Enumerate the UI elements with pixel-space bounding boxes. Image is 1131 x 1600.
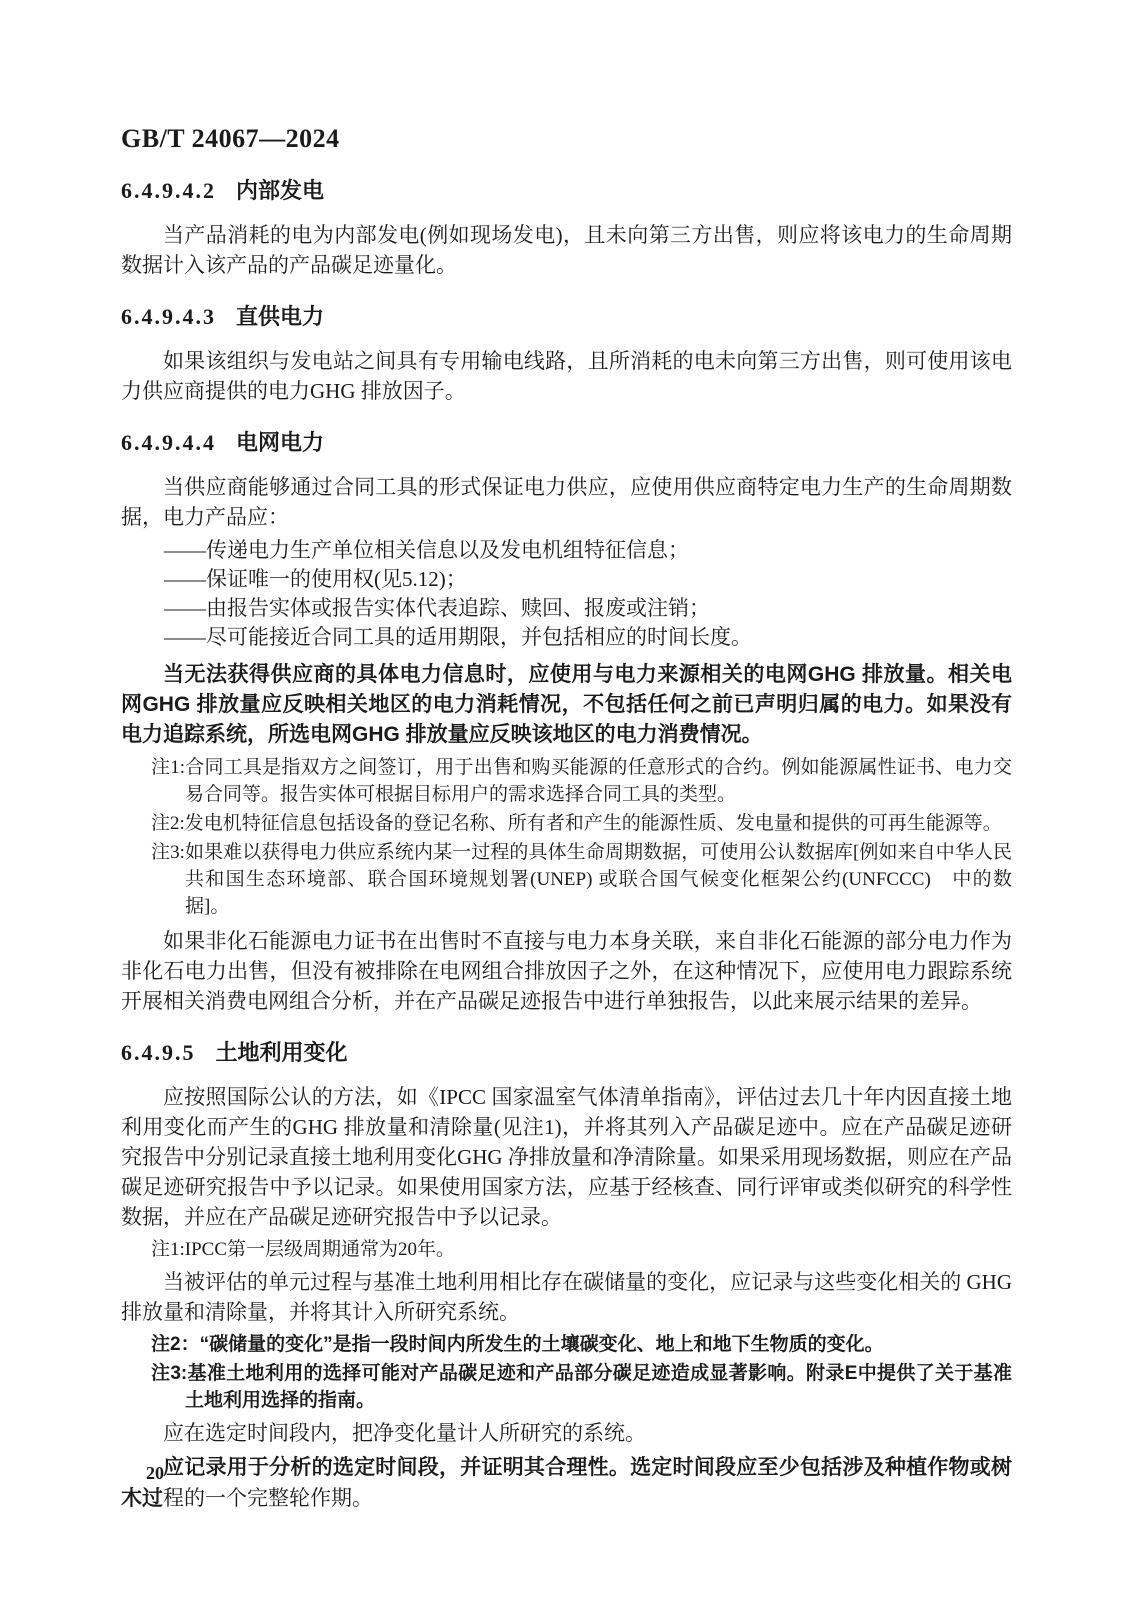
note: 注1:合同工具是指双方之间签订，用于出售和购买能源的任意形式的合约。例如能源属性… <box>121 754 1012 808</box>
note: 注1:IPCC第一层级周期通常为20年。 <box>121 1236 1012 1263</box>
paragraph: 如果该组织与发电站之间具有专用输电线路，且所消耗的电未向第三方出售，则可使用该电… <box>121 346 1012 406</box>
note: 注2:发电机特征信息包括设备的登记名称、所有者和产生的能源性质、发电量和提供的可… <box>121 810 1012 837</box>
section-grid-power: 6.4.9.4.4 电网电力 当供应商能够通过合同工具的形式保证电力供应，应使用… <box>121 430 1012 1016</box>
note-text: 基准土地利用的选择可能对产品碳足迹和产品部分碳足迹造成显著影响。附录E中提供了关… <box>185 1363 1012 1411</box>
section-heading: 6.4.9.4.2 内部发电 <box>121 178 1012 204</box>
page-number: 20 <box>146 1463 164 1484</box>
section-number: 6.4.9.5 <box>121 1040 196 1066</box>
note-text: 合同工具是指双方之间签订，用于出售和购买能源的任意形式的合约。例如能源属性证书、… <box>185 757 1012 805</box>
section-heading: 6.4.9.4.3 直供电力 <box>121 304 1012 330</box>
note: 注3:基准土地利用的选择可能对产品碳足迹和产品部分碳足迹造成显著影响。附录E中提… <box>121 1360 1012 1414</box>
section-direct-supply-power: 6.4.9.4.3 直供电力 如果该组织与发电站之间具有专用输电线路，且所消耗的… <box>121 304 1012 406</box>
note-text: “碳储量的变化”是指一段时间内所发生的土壤碳变化、地上和地下生物质的变化。 <box>200 1334 884 1355</box>
section-title: 直供电力 <box>236 304 324 330</box>
note: 注3:如果难以获得电力供应系统内某一过程的具体生命周期数据，可使用公认数据库[例… <box>121 839 1012 920</box>
requirement-paragraph: 应记录用于分析的选定时间段，并证明其合理性。选定时间段应至少包括涉及种植作物或树… <box>121 1452 1012 1514</box>
section-title: 电网电力 <box>236 430 324 456</box>
document-page: GB/T 24067—2024 6.4.9.4.2 内部发电 当产品消耗的电为内… <box>0 0 1131 1600</box>
section-title: 内部发电 <box>236 178 324 204</box>
paragraph: 当供应商能够通过合同工具的形式保证电力供应，应使用供应商特定电力生产的生命周期数… <box>121 472 1012 532</box>
note-label: 注1: <box>151 757 185 778</box>
note-text: 如果难以获得电力供应系统内某一过程的具体生命周期数据，可使用公认数据库[例如来自… <box>185 842 1012 917</box>
paragraph: 应在选定时间段内，把净变化量计人所研究的系统。 <box>121 1418 1012 1448</box>
note-text: 发电机特征信息包括设备的登记名称、所有者和产生的能源性质、发电量和提供的可再生能… <box>185 813 1002 834</box>
dash-list-item: ——传递电力生产单位相关信息以及发电机组特征信息； <box>121 536 1012 565</box>
note-text: IPCC第一层级周期通常为20年。 <box>185 1239 455 1260</box>
note: 注2：“碳储量的变化”是指一段时间内所发生的土壤碳变化、地上和地下生物质的变化。 <box>121 1331 1012 1358</box>
paragraph: 当产品消耗的电为内部发电(例如现场发电)，且未向第三方出售，则应将该电力的生命周… <box>121 220 1012 280</box>
section-heading: 6.4.9.5 土地利用变化 <box>121 1040 1012 1066</box>
paragraph: 如果非化石能源电力证书在出售时不直接与电力本身关联，来自非化石能源的部分电力作为… <box>121 926 1012 1016</box>
dash-list-item: ——尽可能接近合同工具的适用期限，并包括相应的时间长度。 <box>121 623 1012 652</box>
note-label: 注3: <box>151 842 185 863</box>
section-number: 6.4.9.4.4 <box>121 430 216 456</box>
dash-list-item: ——由报告实体或报告实体代表追踪、赎回、报废或注销； <box>121 594 1012 623</box>
section-internal-generation: 6.4.9.4.2 内部发电 当产品消耗的电为内部发电(例如现场发电)，且未向第… <box>121 178 1012 280</box>
dash-list: ——传递电力生产单位相关信息以及发电机组特征信息； ——保证唯一的使用权(见5.… <box>121 536 1012 652</box>
dash-list-item: ——保证唯一的使用权(见5.12)； <box>121 565 1012 594</box>
section-land-use-change: 6.4.9.5 土地利用变化 应按照国际公认的方法，如《IPCC 国家温室气体清… <box>121 1040 1012 1514</box>
notes-group: 注1:合同工具是指双方之间签订，用于出售和购买能源的任意形式的合约。例如能源属性… <box>121 754 1012 920</box>
note-label: 注2: <box>151 813 185 834</box>
section-number: 6.4.9.4.2 <box>121 178 216 204</box>
paragraph: 当被评估的单元过程与基准土地利用相比存在碳储量的变化，应记录与这些变化相关的 G… <box>121 1267 1012 1327</box>
note-label: 注1: <box>151 1239 185 1260</box>
standard-number: GB/T 24067—2024 <box>121 124 1012 154</box>
section-number: 6.4.9.4.3 <box>121 304 216 330</box>
section-heading: 6.4.9.4.4 电网电力 <box>121 430 1012 456</box>
requirement-paragraph: 当无法获得供应商的具体电力信息时，应使用与电力来源相关的电网GHG 排放量。相关… <box>121 660 1012 750</box>
requirement-regular-text: 程的一个完整轮作期。 <box>163 1486 373 1510</box>
note-label: 注3: <box>151 1363 187 1384</box>
section-title: 土地利用变化 <box>216 1040 348 1066</box>
note-label: 注2： <box>151 1334 200 1355</box>
paragraph: 应按照国际公认的方法，如《IPCC 国家温室气体清单指南》，评估过去几十年内因直… <box>121 1082 1012 1232</box>
